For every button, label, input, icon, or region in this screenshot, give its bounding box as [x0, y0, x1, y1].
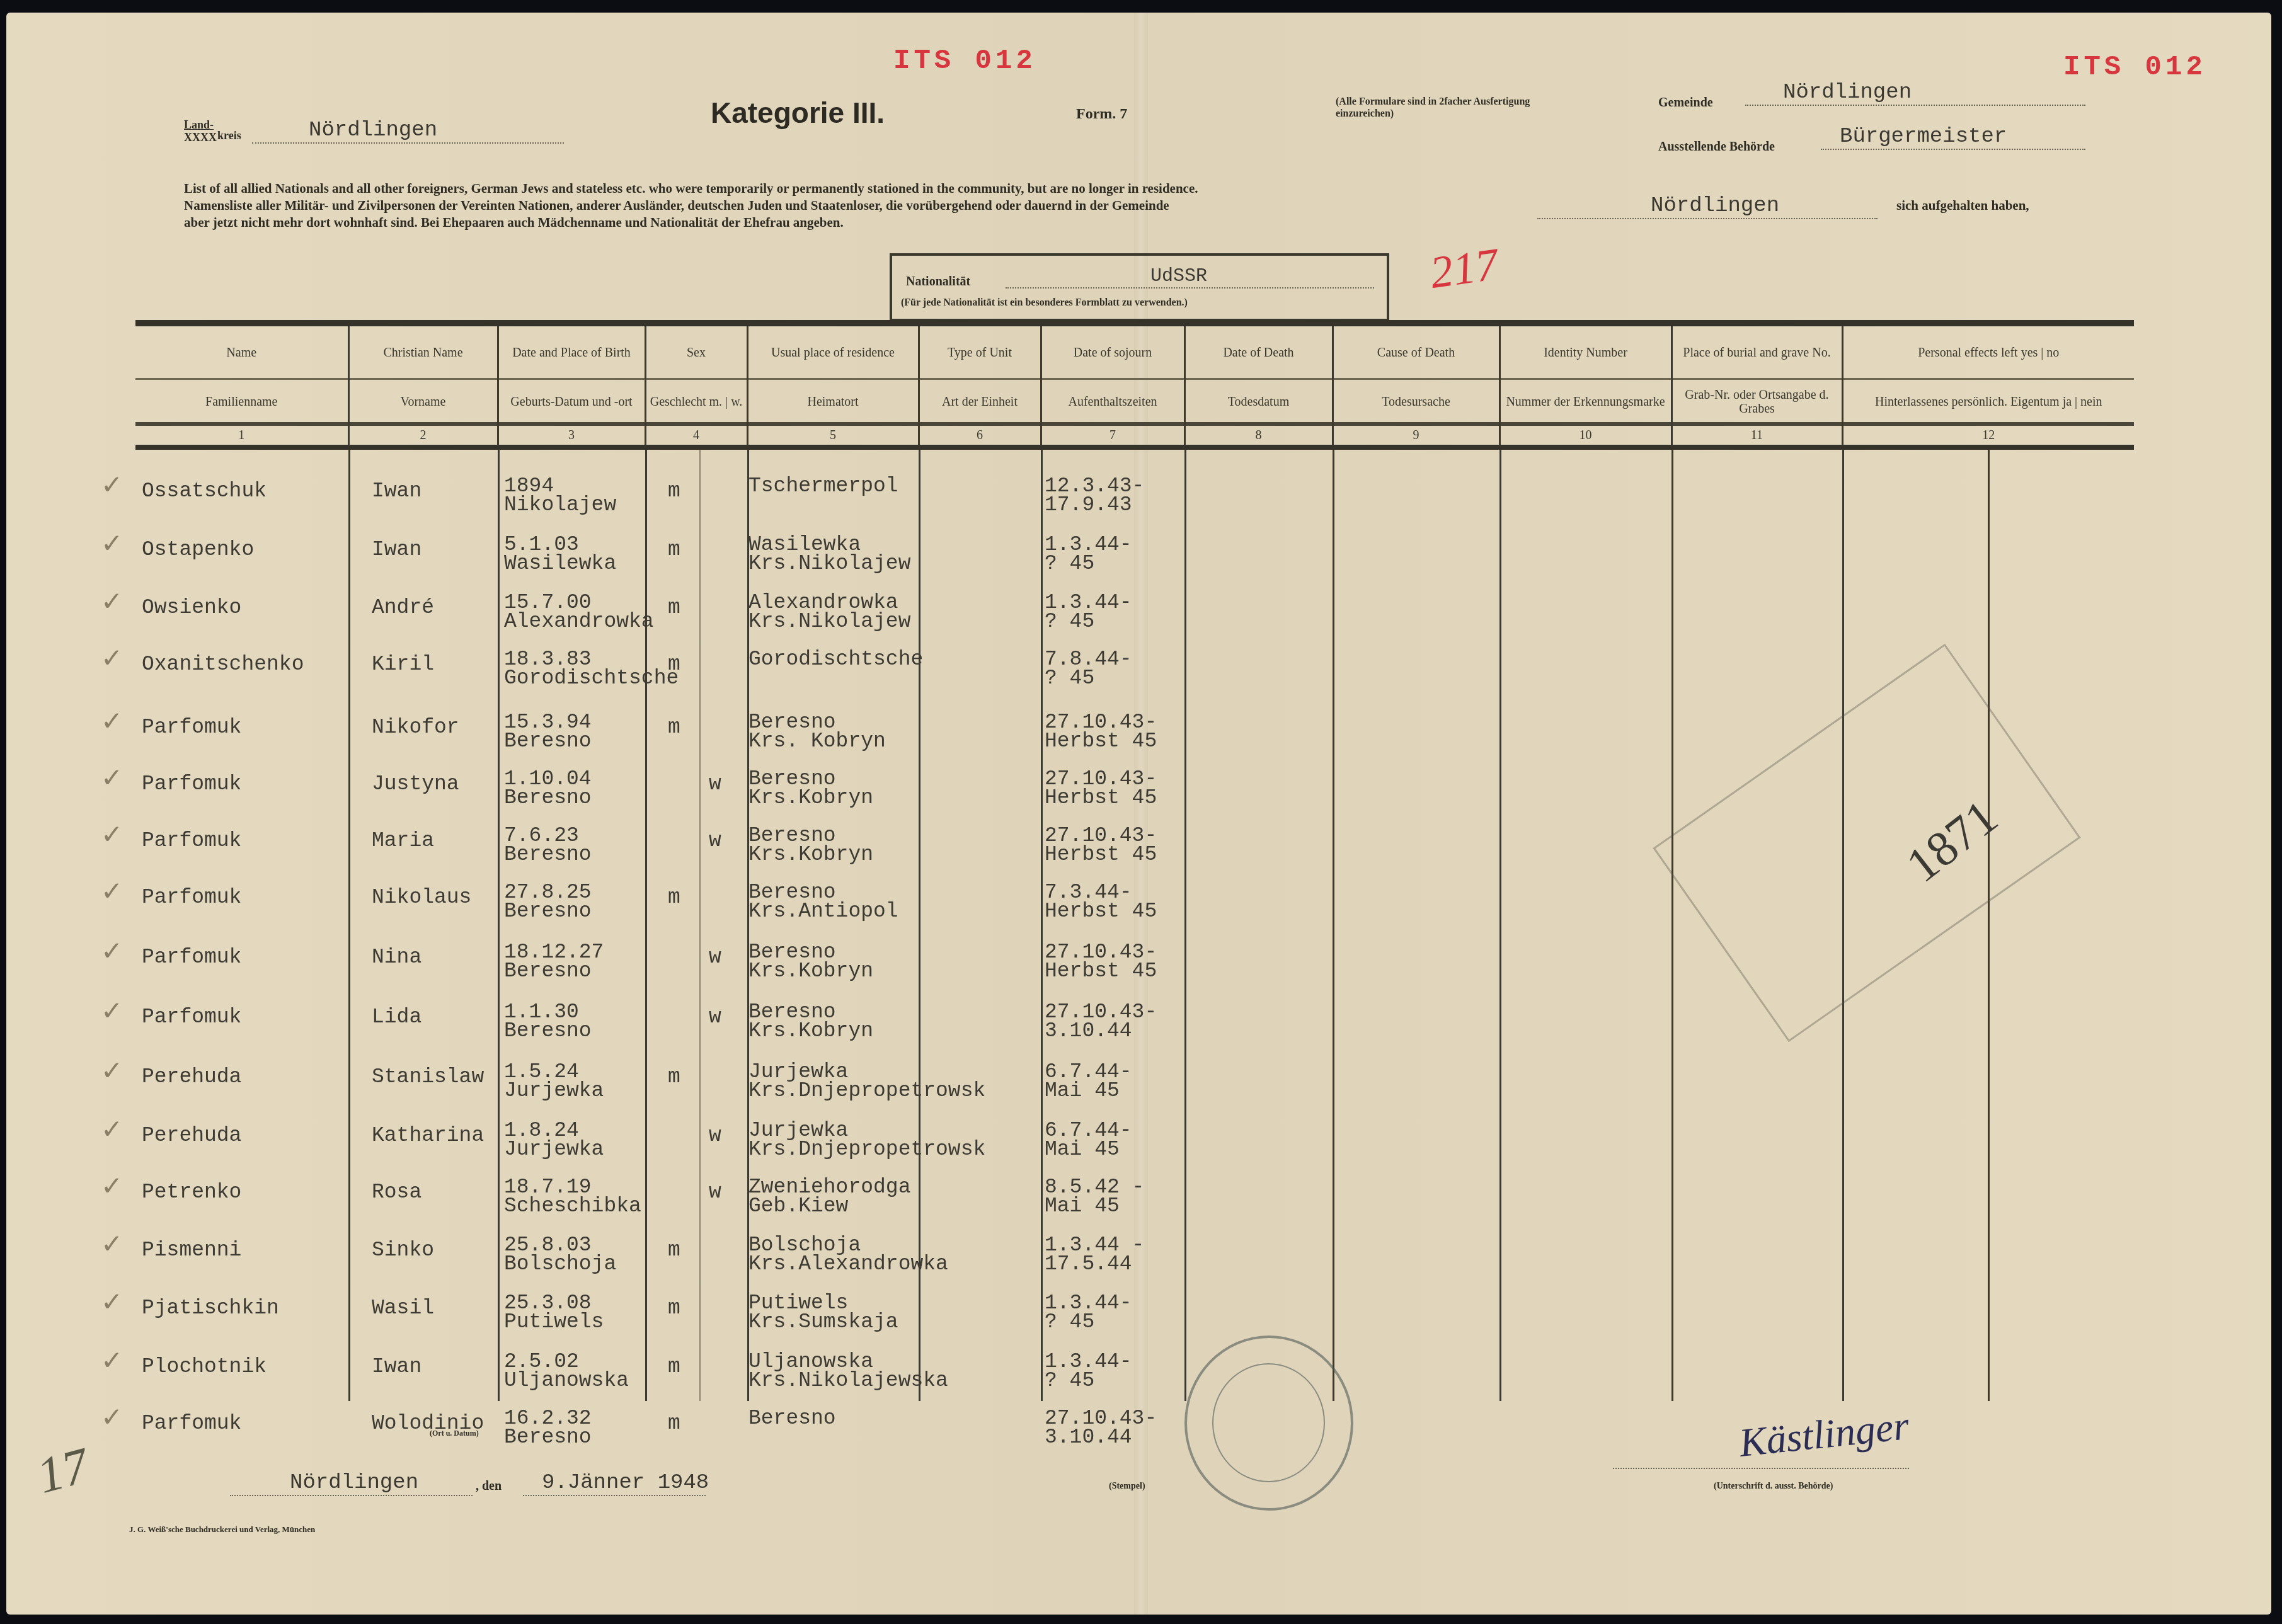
cell-sojourn-end: 17.5.44	[1045, 1254, 1132, 1275]
cell-sex: w	[709, 830, 721, 852]
landkreis-label-land: Land-	[184, 118, 217, 131]
printer-imprint: J. G. Weiß'sche Buchdruckerei und Verlag…	[129, 1524, 315, 1535]
col-number-12: 12	[1842, 424, 2134, 446]
cell-residence: Tschermerpol	[748, 476, 898, 497]
cell-first-name: Nikofor	[372, 717, 459, 738]
cell-sex: w	[709, 1125, 721, 1147]
cell-sojourn-end: Herbst 45	[1045, 901, 1157, 922]
cell-first-name: Sinko	[372, 1240, 434, 1261]
red-handwritten-number: 217	[1427, 238, 1502, 299]
cell-sojourn-end: ? 45	[1045, 1370, 1094, 1392]
official-seal-stamp	[1184, 1335, 1353, 1511]
col-number-6: 6	[919, 424, 1041, 446]
col-number-11: 11	[1671, 424, 1842, 446]
cell-residence-district: Krs.Alexandrowka	[748, 1254, 948, 1275]
col-header-death-cause-en: Cause of Death	[1333, 326, 1499, 379]
col-header-christian-name-en: Christian Name	[348, 326, 498, 379]
cell-sex: m	[668, 887, 680, 908]
cell-sojourn-end: ? 45	[1045, 668, 1094, 689]
cell-sex: w	[709, 947, 721, 968]
nationality-value: UdSSR	[1006, 266, 1374, 289]
column-line	[645, 450, 647, 1401]
col-header-death-date-de: Todesdatum	[1184, 379, 1333, 425]
column-line	[1333, 450, 1334, 1401]
col-header-name-de: Familienname	[135, 379, 348, 425]
landkreis-label-struck: XXXX	[184, 131, 217, 144]
cell-sex: m	[668, 654, 680, 675]
cell-sojourn-end: Herbst 45	[1045, 844, 1157, 866]
cell-residence-district: Krs.Nikolajewska	[748, 1370, 948, 1392]
col-number-3: 3	[498, 424, 645, 446]
check-mark-icon: ✓	[101, 643, 123, 673]
check-mark-icon: ✓	[101, 1114, 123, 1145]
effects-split-line	[1988, 450, 1990, 1401]
cell-birth-place: Nikolajew	[504, 495, 616, 516]
cell-sex: w	[709, 774, 721, 795]
behoerde-value: Bürgermeister	[1821, 125, 2085, 150]
form-number: Form. 7	[1076, 106, 1127, 123]
col-header-death-date-en: Date of Death	[1184, 326, 1333, 379]
col-header-sex-de: Geschlecht m. | w.	[645, 379, 747, 425]
cell-sojourn-end: 3.10.44	[1045, 1427, 1132, 1448]
cell-family-name: Parfomuk	[142, 1413, 241, 1434]
footer-place: Nördlingen	[230, 1471, 473, 1496]
signature-line	[1613, 1468, 1909, 1469]
intro-german-line2: aber jetzt nicht mehr dort wohnhaft sind…	[184, 214, 1192, 231]
datum-label: (Ort u. Datum)	[430, 1429, 479, 1438]
gemeinde-value: Nördlingen	[1745, 81, 2085, 106]
check-mark-icon: ✓	[101, 469, 123, 500]
check-mark-icon: ✓	[101, 528, 123, 559]
cell-family-name: Parfomuk	[142, 717, 241, 738]
cell-family-name: Oxanitschenko	[142, 654, 304, 675]
cell-family-name: Perehuda	[142, 1066, 241, 1088]
category-title: Kategorie III.	[711, 96, 885, 130]
cell-family-name: Pjatischkin	[142, 1298, 279, 1319]
kreis-label: kreis	[217, 129, 241, 142]
cell-family-name: Parfomuk	[142, 774, 241, 795]
cell-sex: m	[668, 1298, 680, 1319]
signature-label: (Unterschrift d. ausst. Behörde)	[1714, 1482, 1833, 1492]
cell-birth-place: Uljanowska	[504, 1370, 629, 1392]
landkreis-value: Nördlingen	[252, 118, 564, 144]
official-seal-inner	[1212, 1363, 1325, 1482]
cell-residence-district: Krs.Antiopol	[748, 901, 898, 922]
cell-sex: m	[668, 717, 680, 738]
stempel-label: (Stempel)	[1109, 1482, 1145, 1492]
cell-family-name: Ossatschuk	[142, 481, 267, 502]
cell-birth-place: Gorodischtsche	[504, 668, 679, 689]
cell-residence-district: Krs.Kobryn	[748, 787, 873, 809]
cell-residence: Beresno	[748, 1408, 836, 1429]
cell-birth-place: Alexandrowka	[504, 611, 654, 632]
col-header-residence-en: Usual place of residence	[747, 326, 919, 379]
cell-birth-place: Beresno	[504, 787, 592, 809]
cell-family-name: Owsienko	[142, 597, 241, 619]
cell-family-name: Parfomuk	[142, 947, 241, 968]
footer-den: , den	[476, 1479, 502, 1494]
intro-english: List of all allied Nationals and all oth…	[184, 180, 1677, 197]
col-header-burial-en: Place of burial and grave No.	[1671, 326, 1842, 379]
cell-residence-district: Krs.Nikolajew	[748, 553, 910, 575]
cell-residence-district: Krs. Kobryn	[748, 731, 886, 752]
sex-split-line	[699, 450, 701, 1401]
col-header-residence-de: Heimatort	[747, 379, 919, 425]
cell-sex: w	[709, 1007, 721, 1028]
col-header-death-cause-de: Todesursache	[1333, 379, 1499, 425]
table-header: Name Christian Name Date and Place of Bi…	[135, 326, 2134, 446]
cell-birth-place: Jurjewka	[504, 1080, 604, 1102]
col-number-8: 8	[1184, 424, 1333, 446]
cell-residence-district: Krs.Kobryn	[748, 1021, 873, 1042]
cell-first-name: Nikolaus	[372, 887, 471, 908]
landkreis-label: Land- XXXX	[184, 118, 217, 144]
cell-family-name: Ostapenko	[142, 539, 254, 561]
cell-sex: m	[668, 1240, 680, 1261]
check-mark-icon: ✓	[101, 1402, 123, 1432]
its-stamp-right: ITS 012	[2063, 52, 2206, 83]
column-line	[498, 450, 500, 1401]
cell-sojourn-end: ? 45	[1045, 611, 1094, 632]
column-line	[348, 450, 350, 1401]
nationality-label: Nationalität	[906, 275, 970, 289]
cell-first-name: Nina	[372, 947, 421, 968]
cell-birth-place: Scheschibka	[504, 1196, 641, 1217]
cell-residence-district: Krs.Sumskaja	[748, 1312, 898, 1333]
gemeinde-label: Gemeinde	[1658, 96, 1713, 110]
cell-first-name: Iwan	[372, 481, 421, 502]
cell-sojourn-end: ? 45	[1045, 553, 1094, 575]
cell-birth-place: Beresno	[504, 844, 592, 866]
nationality-note: (Für jede Nationalität ist ein besondere…	[901, 297, 1188, 309]
col-header-identity-en: Identity Number	[1499, 326, 1671, 379]
cell-sex: m	[668, 1413, 680, 1434]
cell-family-name: Parfomuk	[142, 887, 241, 908]
cell-residence-district: Krs.Kobryn	[748, 844, 873, 866]
check-mark-icon: ✓	[101, 995, 123, 1026]
cell-family-name: Parfomuk	[142, 1007, 241, 1028]
check-mark-icon: ✓	[101, 1170, 123, 1201]
col-header-unit-de: Art der Einheit	[919, 379, 1041, 425]
cell-first-name: Maria	[372, 830, 434, 852]
col-header-identity-de: Nummer der Erkennungsmarke	[1499, 379, 1671, 425]
cell-first-name: Kiril	[372, 654, 434, 675]
cell-sojourn-end: Herbst 45	[1045, 961, 1157, 982]
column-line	[1184, 450, 1186, 1401]
cell-sojourn-end: Mai 45	[1045, 1080, 1120, 1102]
check-mark-icon: ✓	[101, 1055, 123, 1086]
table-top-rule	[135, 320, 2134, 326]
nationality-box: Nationalität UdSSR (Für jede Nationalitä…	[890, 253, 1389, 321]
footer-date: 9.Jänner 1948	[523, 1471, 706, 1496]
col-header-effects-en: Personal effects left yes | no	[1842, 326, 2134, 379]
cell-family-name: Plochotnik	[142, 1356, 267, 1378]
check-mark-icon: ✓	[101, 1286, 123, 1317]
cell-residence-district: Krs.Dnjepropetrowsk	[748, 1139, 985, 1160]
col-header-birth-de: Geburts-Datum und -ort	[498, 379, 645, 425]
its-stamp-left: ITS 012	[893, 45, 1036, 77]
check-mark-icon: ✓	[101, 1228, 123, 1259]
cell-residence-district: Krs.Kobryn	[748, 961, 873, 982]
cell-first-name: André	[372, 597, 434, 619]
column-line	[1671, 450, 1673, 1401]
column-line	[1041, 450, 1043, 1401]
cell-family-name: Petrenko	[142, 1182, 241, 1203]
check-mark-icon: ✓	[101, 706, 123, 736]
cell-birth-place: Beresno	[504, 1427, 592, 1448]
cell-birth-place: Bolschoja	[504, 1254, 616, 1275]
cell-first-name: Iwan	[372, 1356, 421, 1378]
cell-first-name: Katharina	[372, 1125, 484, 1147]
cell-first-name: Wasil	[372, 1298, 434, 1319]
cell-sex: m	[668, 1066, 680, 1088]
col-number-2: 2	[348, 424, 498, 446]
intro-german-line1: Namensliste aller Militär- und Zivilpers…	[184, 197, 1526, 214]
cell-residence-district: Krs.Nikolajew	[748, 611, 910, 632]
cell-birth-place: Beresno	[504, 1021, 592, 1042]
col-number-4: 4	[645, 424, 747, 446]
col-number-9: 9	[1333, 424, 1499, 446]
intro-german-end: sich aufgehalten haben,	[1896, 197, 2029, 214]
cell-residence-district: Geb.Kiew	[748, 1196, 848, 1217]
col-header-effects-de: Hinterlassenes persönlich. Eigentum ja |…	[1842, 379, 2134, 425]
column-line	[1499, 450, 1501, 1401]
col-number-5: 5	[747, 424, 919, 446]
cell-birth-place: Beresno	[504, 731, 592, 752]
intro-gemeinde-value: Nördlingen	[1537, 194, 1878, 219]
cell-sojourn-end: 3.10.44	[1045, 1021, 1132, 1042]
check-mark-icon: ✓	[101, 762, 123, 793]
check-mark-icon: ✓	[101, 586, 123, 617]
cell-birth-place: Putiwels	[504, 1312, 604, 1333]
col-number-1: 1	[135, 424, 348, 446]
cell-sojourn-end: Mai 45	[1045, 1196, 1120, 1217]
check-mark-icon: ✓	[101, 819, 123, 850]
col-number-10: 10	[1499, 424, 1671, 446]
cell-sex: m	[668, 597, 680, 619]
cell-birth-place: Beresno	[504, 901, 592, 922]
check-mark-icon: ✓	[101, 935, 123, 966]
cell-first-name: Stanislaw	[372, 1066, 484, 1088]
cell-family-name: Parfomuk	[142, 830, 241, 852]
check-mark-icon: ✓	[101, 1345, 123, 1376]
cell-birth-place: Beresno	[504, 961, 592, 982]
form-note: (Alle Formulare sind in 2facher Ausferti…	[1336, 96, 1544, 120]
col-header-christian-name-de: Vorname	[348, 379, 498, 425]
col-header-burial-de: Grab-Nr. oder Ortsangabe d. Grabes	[1671, 379, 1842, 425]
col-header-unit-en: Type of Unit	[919, 326, 1041, 379]
col-header-sojourn-de: Aufenthaltszeiten	[1041, 379, 1184, 425]
cell-sojourn-end: ? 45	[1045, 1312, 1094, 1333]
cell-first-name: Justyna	[372, 774, 459, 795]
check-mark-icon: ✓	[101, 876, 123, 906]
cell-first-name: Rosa	[372, 1182, 421, 1203]
cell-sex: m	[668, 539, 680, 561]
col-header-sex-en: Sex	[645, 326, 747, 379]
cell-sojourn-end: Mai 45	[1045, 1139, 1120, 1160]
cell-sex: m	[668, 1356, 680, 1378]
col-header-birth-en: Date and Place of Birth	[498, 326, 645, 379]
cell-first-name: Lida	[372, 1007, 421, 1028]
cell-sex: w	[709, 1182, 721, 1203]
cell-family-name: Perehuda	[142, 1125, 241, 1147]
cell-family-name: Pismenni	[142, 1240, 241, 1261]
col-header-sojourn-en: Date of sojourn	[1041, 326, 1184, 379]
col-header-name-en: Name	[135, 326, 348, 379]
cell-birth-place: Jurjewka	[504, 1139, 604, 1160]
cell-sojourn-end: Herbst 45	[1045, 731, 1157, 752]
cell-sojourn-end: Herbst 45	[1045, 787, 1157, 809]
cell-first-name: Iwan	[372, 539, 421, 561]
cell-birth-place: Wasilewka	[504, 553, 616, 575]
behoerde-label: Ausstellende Behörde	[1658, 140, 1775, 154]
cell-residence: Gorodischtsche	[748, 649, 923, 670]
cell-sex: m	[668, 481, 680, 502]
col-number-7: 7	[1041, 424, 1184, 446]
cell-residence-district: Krs.Dnjepropetrowsk	[748, 1080, 985, 1102]
cell-sojourn-end: 17.9.43	[1045, 495, 1132, 516]
